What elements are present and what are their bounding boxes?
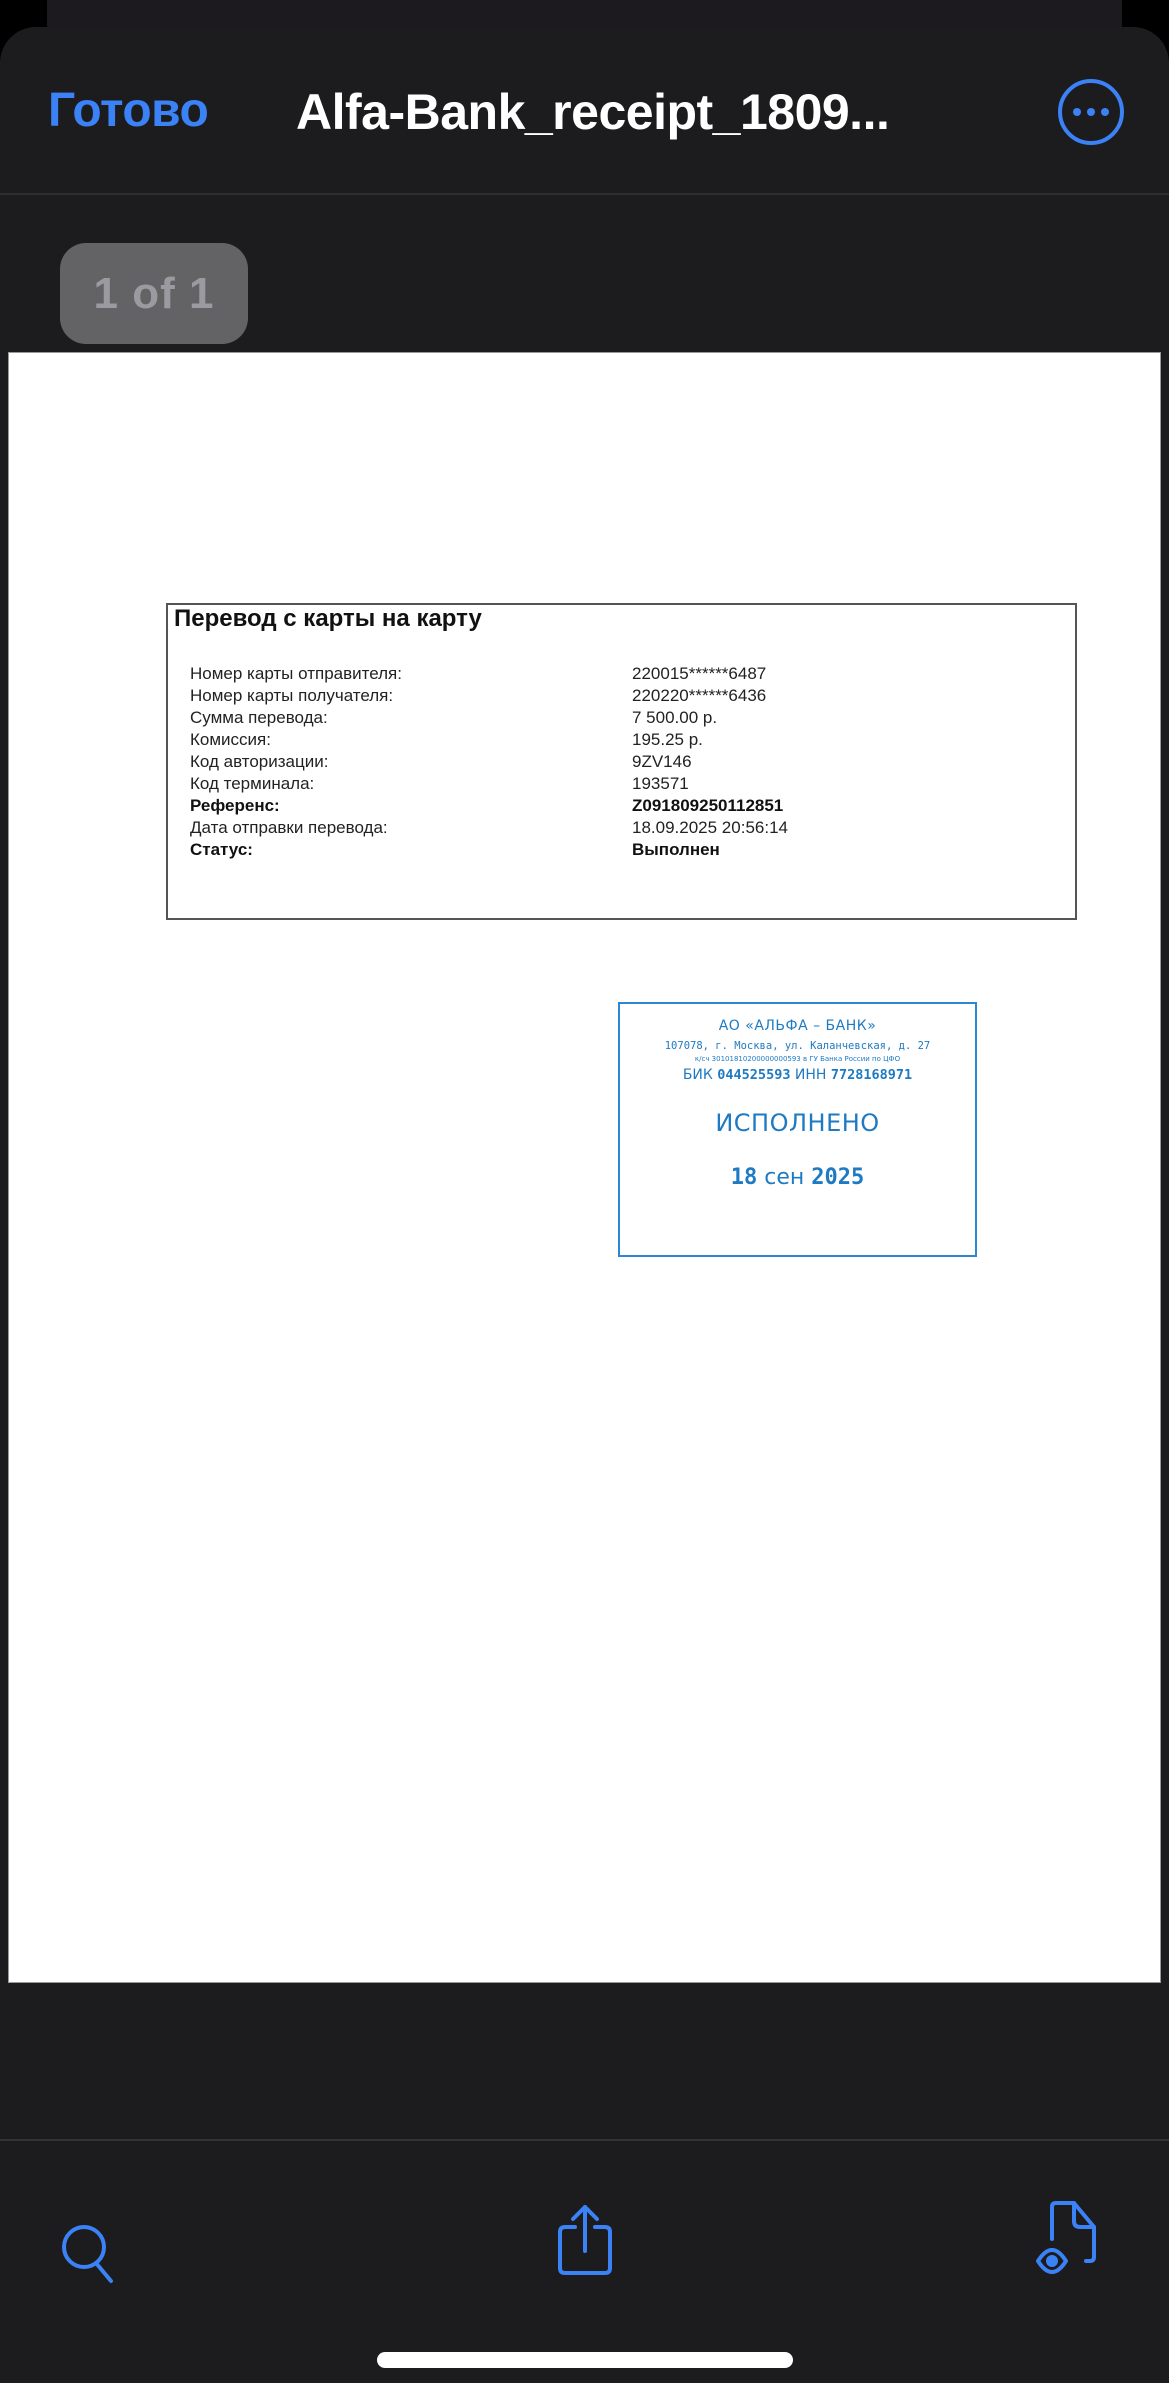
ellipsis-dot — [1101, 108, 1109, 116]
row-label: Референс: — [190, 795, 632, 817]
stamp-day: 18 — [731, 1165, 758, 1190]
search-icon — [58, 2221, 122, 2285]
row-label: Код терминала: — [190, 773, 632, 795]
stamp-address: 107078, г. Москва, ул. Каланчевская, д. … — [620, 1040, 975, 1052]
bik-label: БИК — [683, 1067, 713, 1083]
bik-value: 044525593 — [717, 1067, 790, 1083]
row-value: 7 500.00 р. — [632, 707, 717, 729]
row-label: Статус: — [190, 839, 632, 861]
row-value: 193571 — [632, 773, 689, 795]
share-button[interactable] — [545, 2201, 625, 2281]
stamp-account: к/сч 30101810200000000593 в ГУ Банка Рос… — [620, 1055, 975, 1063]
row-value: Z091809250112851 — [632, 795, 783, 817]
row-value: 9ZV146 — [632, 751, 692, 773]
navigation-bar: Готово Alfa-Bank_receipt_1809... — [0, 27, 1169, 195]
row-label: Номер карты получателя: — [190, 685, 632, 707]
stamp-date: 18 сен 2025 — [620, 1165, 975, 1190]
stamp-status: ИСПОЛНЕНО — [620, 1109, 975, 1137]
ellipsis-icon — [1073, 108, 1081, 116]
search-button[interactable] — [50, 2213, 130, 2293]
row-value: Выполнен — [632, 839, 720, 861]
receipt-title: Перевод с карты на карту — [174, 605, 482, 633]
page-indicator: 1 of 1 — [60, 243, 248, 344]
receipt-row: Код авторизации:9ZV146 — [190, 751, 1070, 773]
receipt-details: Номер карты отправителя:220015******6487… — [190, 663, 1070, 861]
receipt-box: Перевод с карты на карту Номер карты отп… — [166, 603, 1077, 920]
bank-stamp: АО «АЛЬФА – БАНК» 107078, г. Москва, ул.… — [618, 1002, 977, 1257]
receipt-row: Сумма перевода:7 500.00 р. — [190, 707, 1070, 729]
document-title: Alfa-Bank_receipt_1809... — [296, 83, 889, 141]
stamp-year: 2025 — [811, 1165, 864, 1190]
row-label: Код авторизации: — [190, 751, 632, 773]
row-value: 18.09.2025 20:56:14 — [632, 817, 788, 839]
row-label: Дата отправки перевода: — [190, 817, 632, 839]
receipt-row: Номер карты отправителя:220015******6487 — [190, 663, 1070, 685]
receipt-row: Статус:Выполнен — [190, 839, 1070, 861]
row-value: 220015******6487 — [632, 663, 766, 685]
ellipsis-dot — [1087, 108, 1095, 116]
row-value: 195.25 р. — [632, 729, 703, 751]
inn-value: 7728168971 — [831, 1067, 912, 1083]
row-label: Комиссия: — [190, 729, 632, 751]
bottom-toolbar — [0, 2139, 1169, 2383]
receipt-row: Комиссия:195.25 р. — [190, 729, 1070, 751]
document-eye-icon — [1034, 2199, 1106, 2283]
receipt-row: Референс:Z091809250112851 — [190, 795, 1070, 817]
preview-button[interactable] — [1030, 2201, 1110, 2281]
stamp-month: сен — [764, 1165, 804, 1190]
document-viewer-sheet: Готово Alfa-Bank_receipt_1809... 1 of 1 … — [0, 27, 1169, 2383]
home-indicator[interactable] — [377, 2352, 793, 2368]
row-value: 220220******6436 — [632, 685, 766, 707]
done-button[interactable]: Готово — [48, 83, 208, 138]
receipt-row: Дата отправки перевода:18.09.2025 20:56:… — [190, 817, 1070, 839]
more-options-button[interactable] — [1058, 79, 1124, 145]
row-label: Номер карты отправителя: — [190, 663, 632, 685]
inn-label: ИНН — [795, 1067, 827, 1083]
receipt-row: Код терминала:193571 — [190, 773, 1070, 795]
row-label: Сумма перевода: — [190, 707, 632, 729]
stamp-org: АО «АЛЬФА – БАНК» — [620, 1018, 975, 1034]
document-page[interactable]: Перевод с карты на карту Номер карты отп… — [8, 352, 1161, 1983]
share-icon — [553, 2201, 617, 2281]
receipt-row: Номер карты получателя:220220******6436 — [190, 685, 1070, 707]
stamp-ids: БИК 044525593 ИНН 7728168971 — [620, 1067, 975, 1083]
